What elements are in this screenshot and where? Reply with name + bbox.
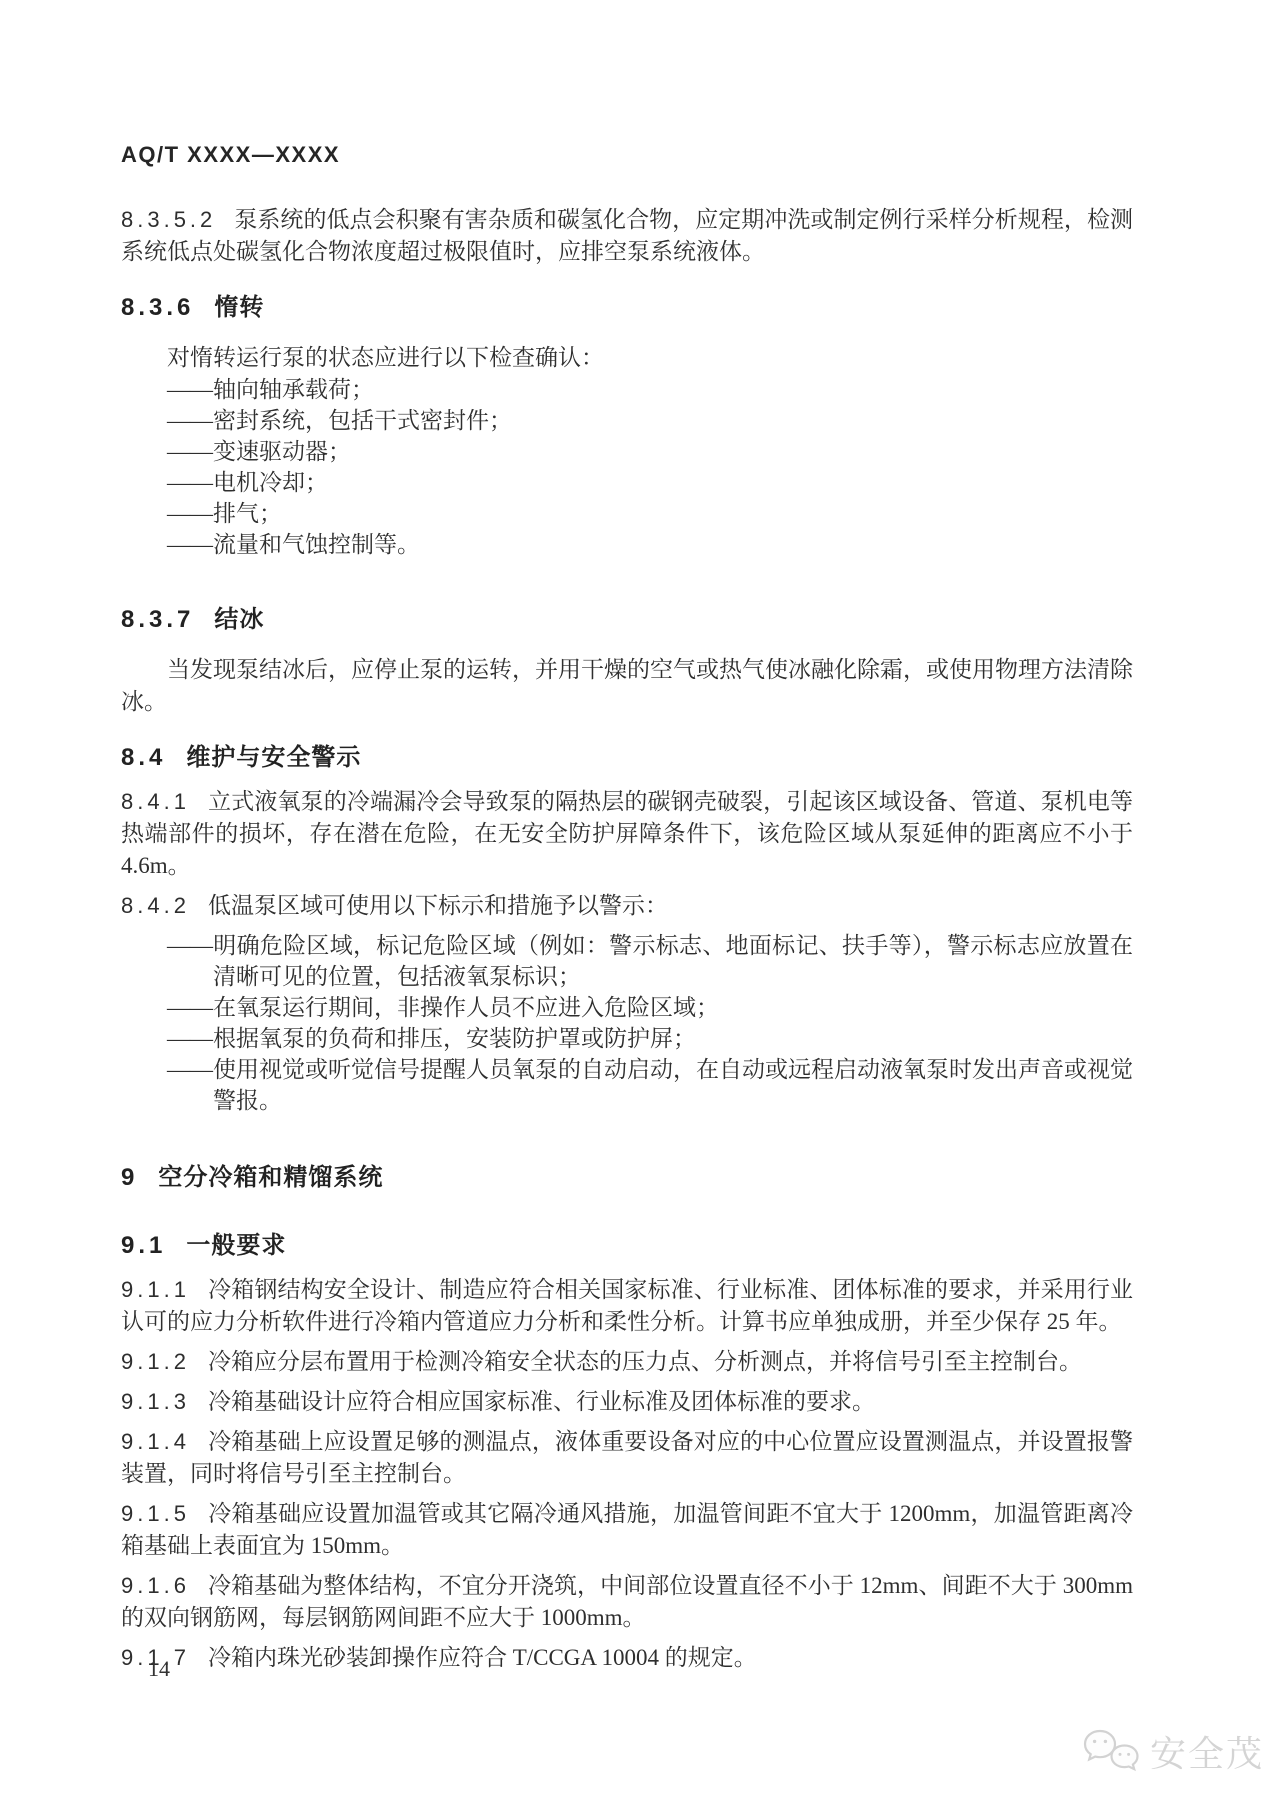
dash-list-item: ——排气； xyxy=(121,498,1133,529)
body-paragraph: 当发现泵结冰后，应停止泵的运转，并用干燥的空气或热气使冰融化除霜，或使用物理方法… xyxy=(121,654,1133,718)
list-item-text: 使用视觉或听觉信号提醒人员氧泵的自动启动，在自动或远程启动液氧泵时发出声音或视觉… xyxy=(213,1057,1133,1113)
list-dash: —— xyxy=(167,408,213,433)
list-item-text: 排气； xyxy=(213,501,282,526)
section-heading-8.4: 8.4维护与安全警示 xyxy=(121,742,1133,774)
document-body: 8.3.5.2泵系统的低点会积聚有害杂质和碳氢化合物，应定期冲洗或制定例行采样分… xyxy=(121,190,1133,1674)
clause-9.1.7: 9.1.7冷箱内珠光砂装卸操作应符合 T/CCGA 10004 的规定。 xyxy=(121,1642,1133,1674)
list-dash: —— xyxy=(167,532,213,557)
clause-9.1.1: 9.1.1冷箱钢结构安全设计、制造应符合相关国家标准、行业标准、团体标准的要求，… xyxy=(121,1274,1133,1338)
dash-list-item: ——根据氧泵的负荷和排压，安装防护罩或防护屏； xyxy=(121,1023,1133,1054)
list-dash: —— xyxy=(167,377,213,402)
list-dash: —— xyxy=(167,470,213,495)
clause-number: 8.3.5.2 xyxy=(121,207,216,232)
clause-9.1.6: 9.1.6冷箱基础为整体结构，不宜分开浇筑，中间部位设置直径不小于 12mm、间… xyxy=(121,1570,1133,1634)
list-item-text: 变速驱动器； xyxy=(213,439,351,464)
dash-list-item: ——使用视觉或听觉信号提醒人员氧泵的自动启动，在自动或远程启动液氧泵时发出声音或… xyxy=(121,1054,1133,1116)
list-dash: —— xyxy=(167,439,213,464)
clause-number: 9.1.2 xyxy=(121,1349,190,1374)
list-item-text: 密封系统，包括干式密封件； xyxy=(213,408,512,433)
clause-text: 冷箱基础上应设置足够的测温点，液体重要设备对应的中心位置应设置测温点，并设置报警… xyxy=(121,1429,1133,1486)
paragraph-text: 当发现泵结冰后，应停止泵的运转，并用干燥的空气或热气使冰融化除霜，或使用物理方法… xyxy=(121,657,1133,714)
section-title: 惰转 xyxy=(214,294,264,321)
section-heading-8.3.6: 8.3.6惰转 xyxy=(121,292,1133,324)
dash-list-item: ——电机冷却； xyxy=(121,467,1133,498)
document-page: AQ/T XXXX—XXXX 8.3.5.2泵系统的低点会积聚有害杂质和碳氢化合… xyxy=(0,0,1280,1810)
clause-8.3.5.2: 8.3.5.2泵系统的低点会积聚有害杂质和碳氢化合物，应定期冲洗或制定例行采样分… xyxy=(121,204,1133,268)
section-number: 9.1 xyxy=(121,1232,166,1259)
list-dash: —— xyxy=(167,933,213,958)
dash-list-item: ——变速驱动器； xyxy=(121,436,1133,467)
clause-text: 冷箱基础为整体结构，不宜分开浇筑，中间部位设置直径不小于 12mm、间距不大于 … xyxy=(121,1573,1133,1630)
section-title: 一般要求 xyxy=(186,1232,286,1259)
list-item-text: 根据氧泵的负荷和排压，安装防护罩或防护屏； xyxy=(213,1026,696,1051)
clause-8.4.2: 8.4.2低温泵区域可使用以下标示和措施予以警示： xyxy=(121,890,1133,922)
body-paragraph: 对惰转运行泵的状态应进行以下检查确认： xyxy=(121,342,1133,374)
section-number: 8.4 xyxy=(121,744,166,771)
list-item-text: 明确危险区域，标记危险区域（例如：警示标志、地面标记、扶手等），警示标志应放置在… xyxy=(213,933,1133,989)
clause-text: 立式液氧泵的冷端漏冷会导致泵的隔热层的碳钢壳破裂，引起该区域设备、管道、泵机电等… xyxy=(121,789,1133,878)
list-dash: —— xyxy=(167,1026,213,1051)
dash-list-item: ——在氧泵运行期间，非操作人员不应进入危险区域； xyxy=(121,992,1133,1023)
page-number: 14 xyxy=(148,1656,170,1682)
clause-text: 冷箱基础设计应符合相应国家标准、行业标准及团体标准的要求。 xyxy=(208,1389,875,1414)
wechat-chat-bubbles-icon xyxy=(1082,1728,1140,1776)
list-dash: —— xyxy=(167,1057,213,1082)
clause-text: 冷箱应分层布置用于检测冷箱安全状态的压力点、分析测点，并将信号引至主控制台。 xyxy=(208,1349,1082,1374)
section-heading-9: 9空分冷箱和精馏系统 xyxy=(121,1162,1133,1194)
dash-list-item: ——明确危险区域，标记危险区域（例如：警示标志、地面标记、扶手等），警示标志应放… xyxy=(121,930,1133,992)
watermark: 安全茂 xyxy=(1082,1726,1264,1777)
clause-number: 8.4.1 xyxy=(121,789,190,814)
clause-number: 9.1.1 xyxy=(121,1277,190,1302)
clause-9.1.5: 9.1.5冷箱基础应设置加温管或其它隔冷通风措施，加温管间距不宜大于 1200m… xyxy=(121,1498,1133,1562)
list-dash: —— xyxy=(167,995,213,1020)
clause-text: 泵系统的低点会积聚有害杂质和碳氢化合物，应定期冲洗或制定例行采样分析规程，检测系… xyxy=(121,207,1133,264)
clause-number: 9.1.3 xyxy=(121,1389,190,1414)
clause-number: 9.1.6 xyxy=(121,1573,190,1598)
dash-list-item: ——流量和气蚀控制等。 xyxy=(121,529,1133,560)
section-title: 维护与安全警示 xyxy=(186,744,361,771)
section-title: 空分冷箱和精馏系统 xyxy=(158,1164,383,1191)
clause-9.1.4: 9.1.4冷箱基础上应设置足够的测温点，液体重要设备对应的中心位置应设置测温点，… xyxy=(121,1426,1133,1490)
clause-text: 冷箱基础应设置加温管或其它隔冷通风措施，加温管间距不宜大于 1200mm，加温管… xyxy=(121,1501,1133,1558)
section-title: 结冰 xyxy=(214,606,264,633)
section-heading-9.1: 9.1一般要求 xyxy=(121,1230,1133,1262)
list-item-text: 在氧泵运行期间，非操作人员不应进入危险区域； xyxy=(213,995,719,1020)
dash-list-item: ——轴向轴承载荷； xyxy=(121,374,1133,405)
section-heading-8.3.7: 8.3.7结冰 xyxy=(121,604,1133,636)
clause-text: 冷箱钢结构安全设计、制造应符合相关国家标准、行业标准、团体标准的要求，并采用行业… xyxy=(121,1277,1133,1334)
list-item-text: 电机冷却； xyxy=(213,470,328,495)
section-number: 8.3.6 xyxy=(121,294,194,321)
section-number: 8.3.7 xyxy=(121,606,194,633)
clause-text: 低温泵区域可使用以下标示和措施予以警示： xyxy=(208,893,668,918)
clause-8.4.1: 8.4.1立式液氧泵的冷端漏冷会导致泵的隔热层的碳钢壳破裂，引起该区域设备、管道… xyxy=(121,786,1133,882)
standard-number-header: AQ/T XXXX—XXXX xyxy=(121,142,340,168)
list-item-text: 流量和气蚀控制等。 xyxy=(213,532,420,557)
clause-number: 9.1.4 xyxy=(121,1429,190,1454)
clause-number: 9.1.5 xyxy=(121,1501,190,1526)
clause-text: 冷箱内珠光砂装卸操作应符合 T/CCGA 10004 的规定。 xyxy=(208,1645,757,1670)
section-number: 9 xyxy=(121,1164,138,1191)
list-dash: —— xyxy=(167,501,213,526)
clause-number: 8.4.2 xyxy=(121,893,190,918)
dash-list-item: ——密封系统，包括干式密封件； xyxy=(121,405,1133,436)
list-item-text: 轴向轴承载荷； xyxy=(213,377,374,402)
watermark-text: 安全茂 xyxy=(1150,1726,1264,1777)
paragraph-text: 对惰转运行泵的状态应进行以下检查确认： xyxy=(167,345,604,370)
clause-9.1.3: 9.1.3冷箱基础设计应符合相应国家标准、行业标准及团体标准的要求。 xyxy=(121,1386,1133,1418)
clause-9.1.2: 9.1.2冷箱应分层布置用于检测冷箱安全状态的压力点、分析测点，并将信号引至主控… xyxy=(121,1346,1133,1378)
